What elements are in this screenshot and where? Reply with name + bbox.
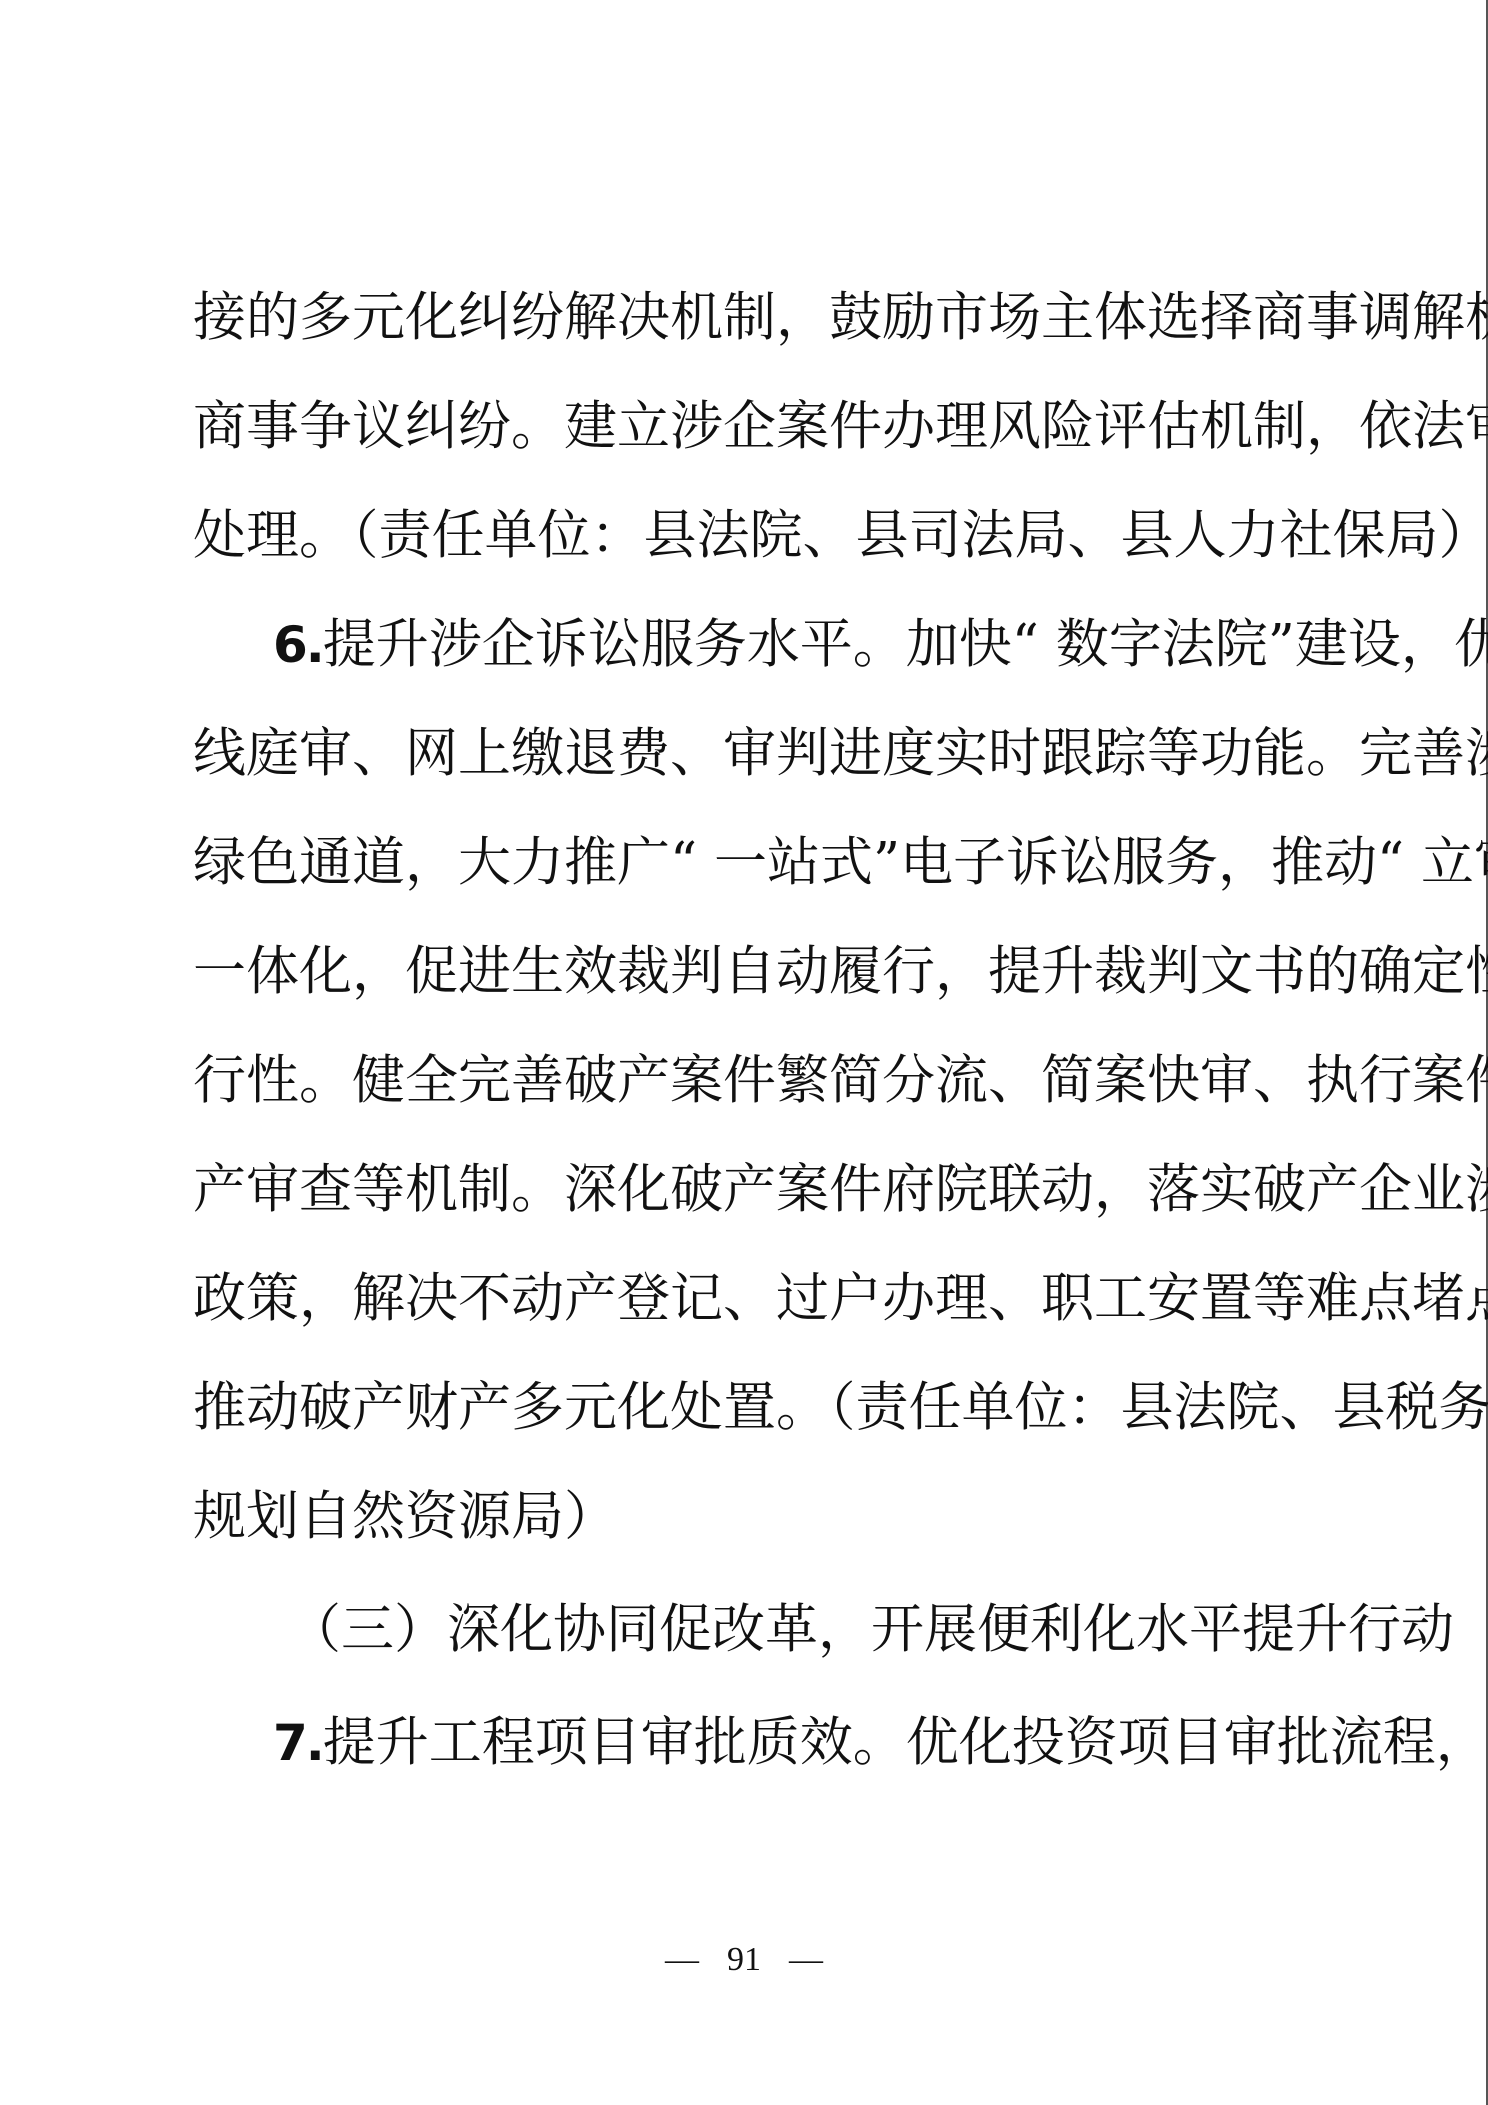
- paragraph-line: 行性。健全完善破产案件繁简分流、简案快审、执行案件移送破: [193, 1046, 1295, 1116]
- paragraph-line: 处理。（责任单位：县法院、县司法局、县人力社保局）: [193, 501, 1295, 571]
- paragraph-text: 提升涉企诉讼服务水平。加快“ 数字法院”建设，优化在: [323, 614, 1488, 675]
- paragraph-line: 绿色通道，大力推广“ 一站式”电子诉讼服务，推动“ 立审执”: [193, 828, 1295, 898]
- page-number-dash-left: —: [665, 1935, 699, 1985]
- paragraph-line: 一体化，促进生效裁判自动履行，提升裁判文书的确定性和可执: [193, 937, 1295, 1007]
- paragraph-line: 接的多元化纠纷解决机制，鼓励市场主体选择商事调解机构解决: [193, 283, 1295, 353]
- paragraph-line: 推动破产财产多元化处置。（责任单位：县法院、县税务局、县: [193, 1373, 1295, 1443]
- page-number-value: 91: [727, 1941, 761, 1978]
- item-7-title-line: 7.提升工程项目审批质效。优化投资项目审批流程，深化审: [273, 1708, 1295, 1778]
- paragraph-line: 产审查等机制。深化破产案件府院联动，落实破产企业涉税优惠: [193, 1155, 1295, 1225]
- item-number: 7.: [273, 1714, 323, 1772]
- paragraph-line: 政策，解决不动产登记、过户办理、职工安置等难点堵点问题，: [193, 1264, 1295, 1334]
- section-heading: （三）深化协同促改革，开展便利化水平提升行动: [288, 1595, 1454, 1665]
- paragraph-text: 提升工程项目审批质效。优化投资项目审批流程，深化审: [323, 1712, 1488, 1773]
- paragraph-line: 商事争议纠纷。建立涉企案件办理风险评估机制，依法审慎作出: [193, 392, 1295, 462]
- paragraph-line: 规划自然资源局）: [193, 1482, 1295, 1552]
- paragraph-line: 线庭审、网上缴退费、审判进度实时跟踪等功能。完善涉企诉讼: [193, 719, 1295, 789]
- item-number: 6.: [273, 616, 323, 674]
- page-number: —91—: [0, 1935, 1488, 1985]
- item-6-title-line: 6.提升涉企诉讼服务水平。加快“ 数字法院”建设，优化在: [273, 610, 1295, 680]
- page-number-dash-right: —: [789, 1935, 823, 1985]
